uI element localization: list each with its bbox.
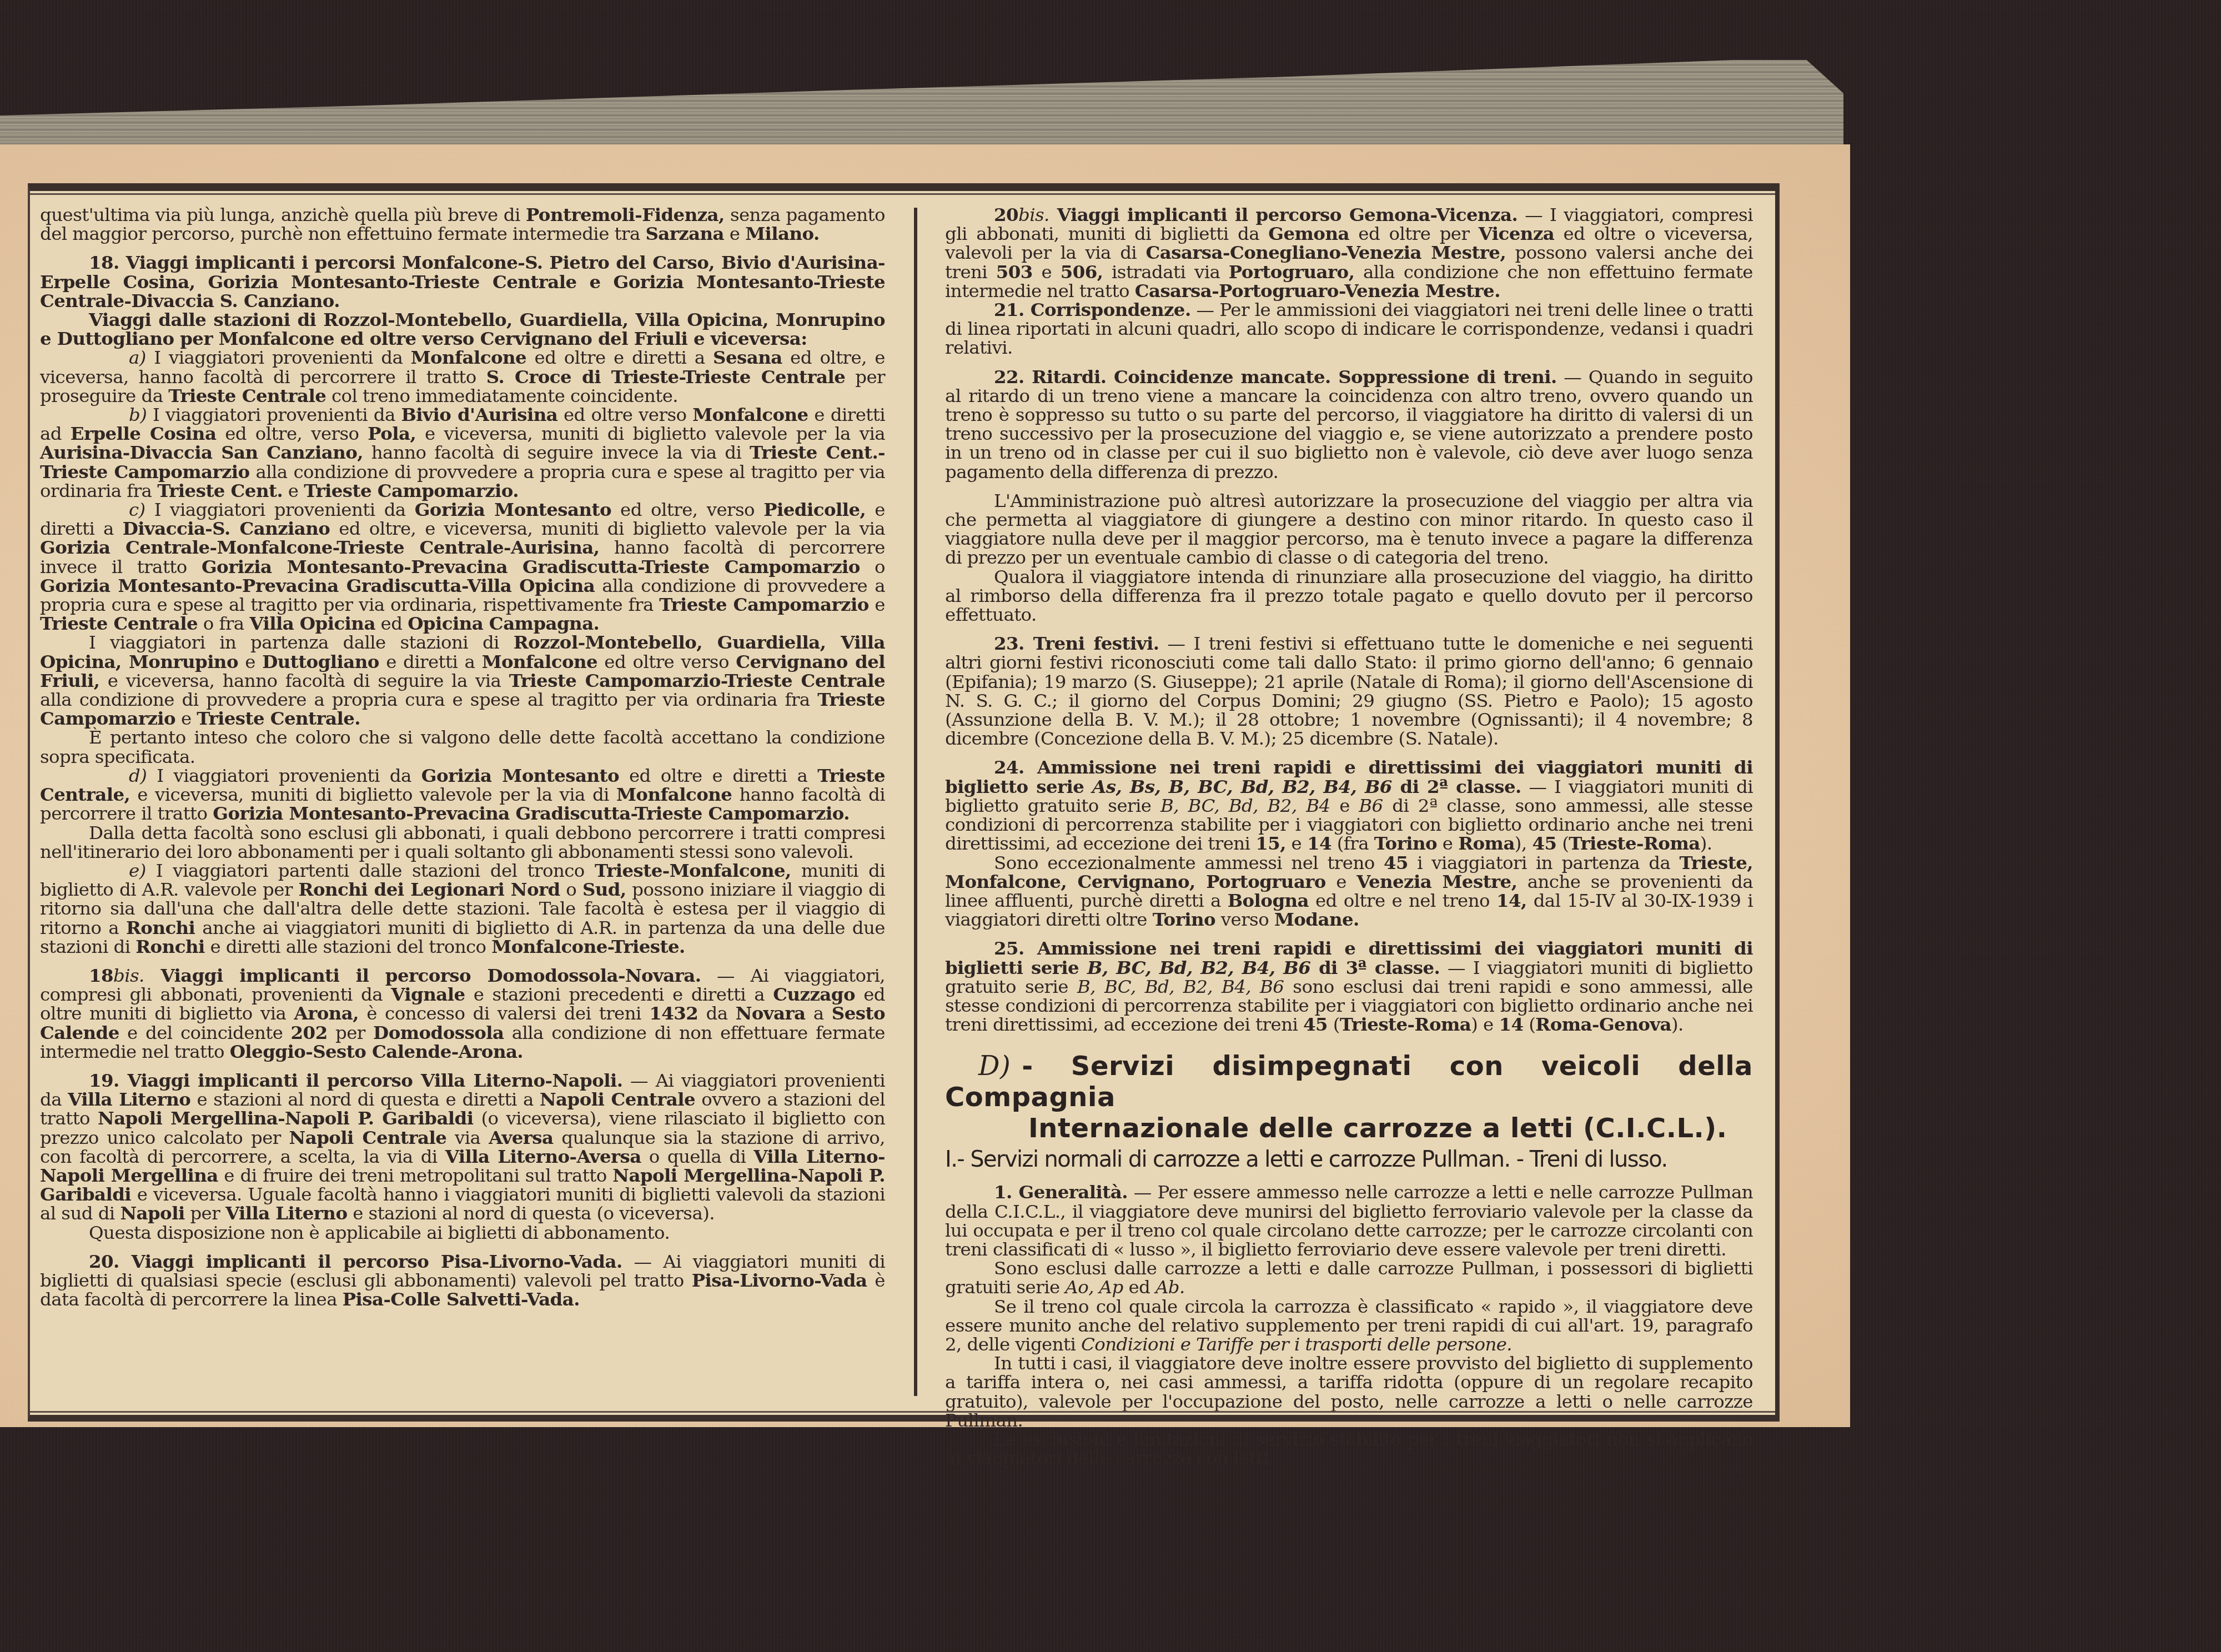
section-24: 24. Ammissione nei treni rapidi e dirett… (945, 758, 1753, 853)
clause-d: d) I viaggiatori provenienti da Gorizia … (40, 766, 885, 824)
clause-b: b) I viaggiatori provenienti da Bivio d'… (40, 405, 885, 500)
section-D-heading: D)- Servizi disimpegnati con veicoli del… (945, 1051, 1753, 1144)
clause-c-continued: I viaggiatori in partenza dalle stazioni… (40, 633, 885, 728)
section-D-title-line2: Internazionale delle carrozze a letti (C… (945, 1113, 1753, 1144)
section-25: 25. Ammissione nei treni rapidi e dirett… (945, 939, 1753, 1034)
paragraph-continuation: quest'ultima via più lunga, anzichè quel… (40, 205, 885, 243)
right-column: 20bis. Viaggi implicanti il percorso Gem… (945, 205, 1753, 1468)
section-18bis: 18bis. Viaggi implicanti il percorso Dom… (40, 966, 885, 1061)
section-21: 21. Corrispondenze. — Per le ammissioni … (945, 300, 1753, 358)
left-column: quest'ultima via più lunga, anzichè quel… (40, 205, 885, 1309)
section-18-subtitle: Viaggi dalle stazioni di Rozzol-Montebel… (40, 310, 885, 348)
section-1-generalita: 1. Generalità. — Per essere ammesso nell… (945, 1183, 1753, 1259)
clause-a: a) I viaggiatori provenienti da Monfalco… (40, 348, 885, 405)
section-19: 19. Viaggi implicanti il percorso Villa … (40, 1071, 885, 1223)
section-letter: D) (978, 1051, 1011, 1082)
subsection-I-heading: I.- Servizi normali di carrozze a letti … (945, 1146, 1753, 1173)
section-18-title: 18. Viaggi implicanti i percorsi Monfalc… (40, 253, 885, 310)
column-divider (914, 208, 917, 1396)
clause-c: c) I viaggiatori provenienti da Gorizia … (40, 500, 885, 633)
section-1-p3: Se il treno col quale circola la carrozz… (945, 1297, 1753, 1354)
clause-e: e) I viaggiatori partenti dalle stazioni… (40, 861, 885, 956)
section-22-p3: Qualora il viaggiatore intenda di rinunz… (945, 568, 1753, 625)
section-1-p5: Le esclusioni e limitazioni di servizio … (945, 1430, 1753, 1468)
section-23: 23. Treni festivi. — I treni festivi si … (945, 634, 1753, 748)
section-22-p2: L'Amministrazione può altresì autorizzar… (945, 491, 1753, 568)
section-D-title-line1: - Servizi disimpegnati con veicoli della… (945, 1051, 1753, 1113)
clause-c-note: È pertanto inteso che coloro che si valg… (40, 728, 885, 766)
section-19-note: Questa disposizione non è applicabile ai… (40, 1223, 885, 1242)
section-22: 22. Ritardi. Coincidenze mancate. Soppre… (945, 368, 1753, 481)
section-24-p2: Sono eccezionalmente ammessi nel treno 4… (945, 853, 1753, 930)
section-20: 20. Viaggi implicanti il percorso Pisa-L… (40, 1252, 885, 1309)
page-number: 5 (1728, 1469, 1748, 1503)
section-20bis: 20bis. Viaggi implicanti il percorso Gem… (945, 205, 1753, 300)
section-1-p2: Sono esclusi dalle carrozze a letti e da… (945, 1259, 1753, 1297)
text-frame: quest'ultima via più lunga, anzichè quel… (28, 183, 1780, 1422)
clause-d-note: Dalla detta facoltà sono esclusi gli abb… (40, 824, 885, 861)
section-1-p4: In tutti i casi, il viaggiatore deve ino… (945, 1354, 1753, 1430)
